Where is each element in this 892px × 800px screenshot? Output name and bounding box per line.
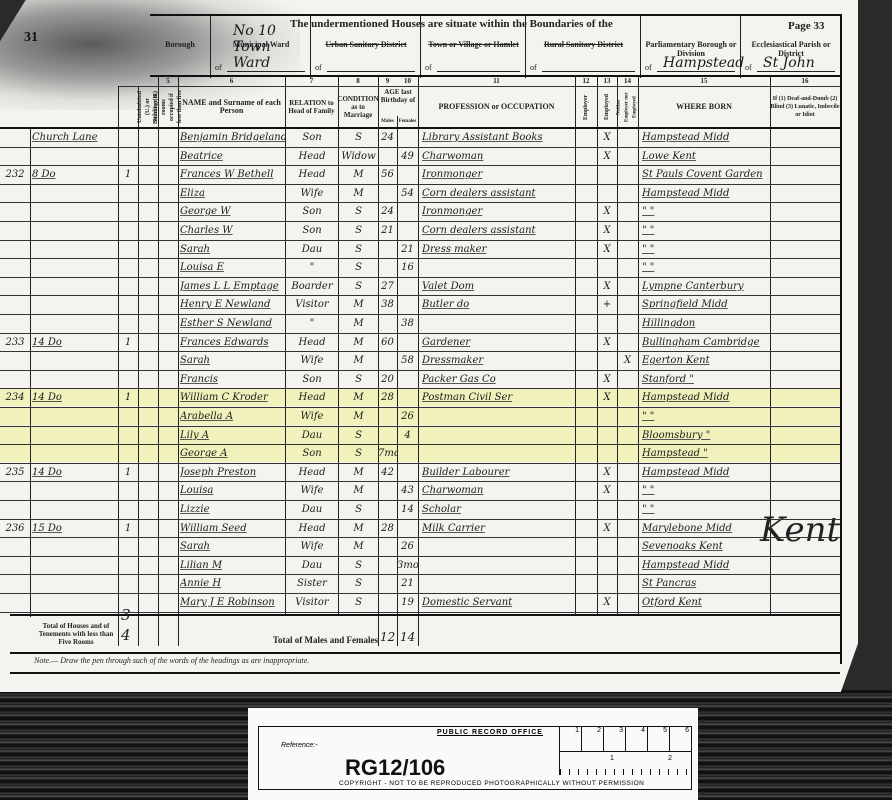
cell-relation: Wife (286, 408, 338, 425)
cell-female: 54 (397, 185, 418, 202)
cell-street (32, 594, 118, 611)
cell-schedule (0, 148, 30, 165)
cell-condition: M (339, 538, 378, 555)
cell-employer (575, 166, 597, 183)
cell-schedule: 233 (0, 334, 30, 351)
cell-infirmity (772, 575, 838, 592)
cell-neither (617, 501, 638, 518)
cell-male (378, 259, 397, 276)
total-houses-inhabited: 3 (121, 606, 131, 624)
cell-infirmity (772, 594, 838, 611)
cell-schedule (0, 408, 30, 425)
ecclesiastical-parish-value: St John (757, 55, 835, 72)
cell-female: 19 (397, 594, 418, 611)
cell-female: 49 (397, 148, 418, 165)
cell-infirmity (772, 203, 838, 220)
cell-condition: M (339, 408, 378, 425)
cell-where-born: Otford Kent (642, 594, 770, 611)
cell-infirmity (772, 445, 838, 462)
cell-relation: Wife (286, 185, 338, 202)
cell-employed (597, 315, 617, 332)
cell-female (397, 445, 418, 462)
cell-female (397, 296, 418, 313)
table-row: SarahDauS21Dress makerX" " (0, 240, 840, 258)
cell-condition: M (339, 389, 378, 406)
table-row: LouisaWifeM43CharwomanX" " (0, 481, 840, 499)
cell-condition: S (339, 203, 378, 220)
cell-inhabited (118, 241, 138, 258)
cell-street (32, 352, 118, 369)
cell-rooms (158, 185, 178, 202)
cell-name: Eliza (180, 185, 285, 202)
cell-male (378, 148, 397, 165)
cell-inhabited (118, 278, 138, 295)
cell-schedule (0, 129, 30, 146)
cell-occupation (422, 538, 575, 555)
cell-female (397, 166, 418, 183)
cell-male: 38 (378, 296, 397, 313)
cell-female: 26 (397, 538, 418, 555)
cell-street (32, 278, 118, 295)
cell-inhabited (118, 185, 138, 202)
cell-relation: Dau (286, 241, 338, 258)
cell-schedule (0, 352, 30, 369)
col-where-born: WHERE BORN (638, 88, 770, 126)
cell-occupation (422, 427, 575, 444)
cell-infirmity (772, 408, 838, 425)
copyright-notice: COPYRIGHT - NOT TO BE REPRODUCED PHOTOGR… (339, 780, 644, 787)
cell-name: Esther S Newland (180, 315, 285, 332)
cell-where-born: Hampstead Midd (642, 464, 770, 481)
cell-neither (617, 203, 638, 220)
cell-employer (575, 408, 597, 425)
cell-relation: Son (286, 445, 338, 462)
header-rural-sanitary: Rural Sanitary District of (525, 14, 641, 78)
cell-employer (575, 575, 597, 592)
cell-inhabited (118, 557, 138, 574)
cell-occupation: Gardener (422, 334, 575, 351)
cell-condition: S (339, 594, 378, 611)
cell-street (32, 427, 118, 444)
cell-relation: Head (286, 389, 338, 406)
cell-occupation: Milk Carrier (422, 520, 575, 537)
cell-relation: " (286, 259, 338, 276)
cell-neither (617, 334, 638, 351)
column-number-rule (118, 86, 840, 87)
cell-employed (597, 538, 617, 555)
cell-employer (575, 427, 597, 444)
cell-relation: Boarder (286, 278, 338, 295)
table-row: SarahWifeM26Sevenoaks Kent (0, 537, 840, 555)
cell-male (378, 185, 397, 202)
cell-name: Francis (180, 371, 285, 388)
table-row: Lily ADauS4Bloomsbury " (0, 426, 840, 444)
cell-infirmity (772, 185, 838, 202)
cell-condition: S (339, 575, 378, 592)
cell-rooms (158, 594, 178, 611)
cell-name: Frances Edwards (180, 334, 285, 351)
cell-inhabited (118, 315, 138, 332)
cell-employer (575, 352, 597, 369)
cell-rooms (158, 203, 178, 220)
cell-employed: X (597, 278, 617, 295)
cell-where-born: Marylebone Midd (642, 520, 770, 537)
cell-occupation: Domestic Servant (422, 594, 575, 611)
cell-where-born: Sevenoaks Kent (642, 538, 770, 555)
cell-neither (617, 389, 638, 406)
cell-schedule (0, 575, 30, 592)
cell-street (32, 203, 118, 220)
cell-where-born: Stanford " (642, 371, 770, 388)
cell-female: 43 (397, 482, 418, 499)
cell-inhabited (118, 501, 138, 518)
cell-neither (617, 482, 638, 499)
cell-name: Lilian M (180, 557, 285, 574)
cell-schedule (0, 557, 30, 574)
cell-inhabited (118, 203, 138, 220)
cell-name: William Seed (180, 520, 285, 537)
total-houses-label: Total of Houses and of Tenements with le… (34, 622, 118, 646)
col-name: NAME and Surname of each Person (178, 88, 285, 126)
header-ecclesiastical-parish: Ecclesiastical Parish or District of St … (740, 14, 841, 78)
cell-inhabited: 1 (118, 464, 138, 481)
cell-rooms (158, 296, 178, 313)
cell-street (32, 241, 118, 258)
cell-employed: X (597, 520, 617, 537)
cell-neither (617, 222, 638, 239)
cell-employer (575, 501, 597, 518)
cell-condition: S (339, 259, 378, 276)
cell-inhabited (118, 259, 138, 276)
col-occupation: PROFESSION or OCCUPATION (418, 88, 575, 126)
cell-employed: X (597, 222, 617, 239)
reference-caption: Reference:- (281, 742, 318, 749)
cell-employer (575, 222, 597, 239)
cell-employer (575, 315, 597, 332)
cell-employed (597, 427, 617, 444)
table-row: Annie HSisterS21St Pancras (0, 574, 840, 592)
cell-where-born: " " (642, 222, 770, 239)
cell-employed: X (597, 594, 617, 611)
cell-infirmity (772, 482, 838, 499)
cell-condition: S (339, 371, 378, 388)
cell-street: 14 Do (32, 464, 118, 481)
cell-male: 24 (378, 203, 397, 220)
cell-condition: M (339, 185, 378, 202)
cell-employer (575, 185, 597, 202)
sheet-number: 31 (24, 30, 38, 46)
cell-neither (617, 594, 638, 611)
cell-condition: M (339, 352, 378, 369)
cell-inhabited: 1 (118, 166, 138, 183)
cell-neither (617, 445, 638, 462)
cell-street (32, 296, 118, 313)
table-row: Arabella AWifeM26" " (0, 407, 840, 425)
cell-rooms (158, 557, 178, 574)
cell-condition: S (339, 445, 378, 462)
cell-occupation: Builder Labourer (422, 464, 575, 481)
cell-employed (597, 166, 617, 183)
cell-street (32, 315, 118, 332)
cell-employed: X (597, 482, 617, 499)
cell-condition: M (339, 464, 378, 481)
cell-inhabited (118, 296, 138, 313)
cell-where-born: Hampstead " (642, 445, 770, 462)
cell-rooms (158, 166, 178, 183)
cell-employed (597, 557, 617, 574)
cell-relation: Wife (286, 482, 338, 499)
cell-rooms (158, 501, 178, 518)
cell-name: Sarah (180, 241, 285, 258)
cell-street: 15 Do (32, 520, 118, 537)
col-age-female: Females (397, 118, 418, 126)
cell-neither (617, 259, 638, 276)
cell-neither (617, 166, 638, 183)
cell-infirmity (772, 464, 838, 481)
cell-name: George W (180, 203, 285, 220)
cell-employer (575, 148, 597, 165)
cell-schedule (0, 501, 30, 518)
cell-male (378, 538, 397, 555)
cell-relation: " (286, 315, 338, 332)
cell-occupation: Valet Dom (422, 278, 575, 295)
cell-street (32, 501, 118, 518)
cell-male: 20 (378, 371, 397, 388)
cell-where-born: " " (642, 482, 770, 499)
cell-relation: Son (286, 203, 338, 220)
col-infirmity: If (1) Deaf-and-Dumb (2) Blind (3) Lunat… (770, 88, 840, 126)
cell-employer (575, 594, 597, 611)
cell-where-born: " " (642, 408, 770, 425)
cell-relation: Head (286, 166, 338, 183)
cell-female: 58 (397, 352, 418, 369)
col-neither: Neither Employer nor Employed (617, 88, 638, 126)
cell-infirmity (772, 371, 838, 388)
header-parliamentary-borough: Parliamentary Borough or Division of Ham… (640, 14, 741, 78)
cell-rooms (158, 389, 178, 406)
cell-male (378, 482, 397, 499)
table-row: 2328 Do1Frances W BethellHeadM56Ironmong… (0, 165, 840, 183)
cell-rooms (158, 148, 178, 165)
cell-rooms (158, 408, 178, 425)
cell-schedule (0, 427, 30, 444)
cell-street (32, 148, 118, 165)
cell-male: 27 (378, 278, 397, 295)
cell-employed: X (597, 241, 617, 258)
cell-neither (617, 371, 638, 388)
cell-employer (575, 203, 597, 220)
header-town-village: Town or Village or Hamlet of (420, 14, 526, 78)
cell-neither (617, 520, 638, 537)
cell-street (32, 538, 118, 555)
cell-neither (617, 557, 638, 574)
cell-schedule (0, 315, 30, 332)
cell-street (32, 371, 118, 388)
cell-male (378, 594, 397, 611)
cell-schedule (0, 594, 30, 611)
cell-street: Church Lane (32, 129, 118, 146)
cell-condition: S (339, 427, 378, 444)
table-row: SarahWifeM58DressmakerXEgerton Kent (0, 351, 840, 369)
cell-employer (575, 482, 597, 499)
cell-infirmity (772, 352, 838, 369)
cell-occupation: Corn dealers assistant (422, 222, 575, 239)
margin-annotation: Kent (760, 510, 840, 550)
cell-rooms (158, 445, 178, 462)
cell-relation: Dau (286, 557, 338, 574)
cell-street (32, 222, 118, 239)
cell-employed (597, 259, 617, 276)
cell-where-born: Lowe Kent (642, 148, 770, 165)
cell-occupation: Corn dealers assistant (422, 185, 575, 202)
total-persons-label: Total of Males and Females (250, 636, 378, 644)
cell-name: Henry E Newland (180, 296, 285, 313)
table-row: Church LaneBenjamin BridgelandSonS24Libr… (0, 128, 840, 146)
col-condition: CONDITION as to Marriage (338, 88, 378, 126)
cell-schedule: 234 (0, 389, 30, 406)
cell-occupation: Dressmaker (422, 352, 575, 369)
cell-male (378, 575, 397, 592)
cell-inhabited (118, 538, 138, 555)
cell-employed (597, 445, 617, 462)
cell-neither: X (617, 352, 638, 369)
cell-schedule: 235 (0, 464, 30, 481)
cell-inhabited (118, 445, 138, 462)
cell-name: Lily A (180, 427, 285, 444)
cell-condition: M (339, 520, 378, 537)
table-row: 23514 Do1Joseph PrestonHeadM42Builder La… (0, 463, 840, 481)
cell-occupation (422, 445, 575, 462)
cell-schedule (0, 445, 30, 462)
cell-name: Annie H (180, 575, 285, 592)
cell-employed: X (597, 371, 617, 388)
cell-male: 21 (378, 222, 397, 239)
footer-note: Note.— Draw the pen through such of the … (34, 656, 309, 665)
cell-employed: + (597, 296, 617, 313)
cell-name: Arabella A (180, 408, 285, 425)
cell-neither (617, 185, 638, 202)
cell-schedule (0, 241, 30, 258)
cell-relation: Head (286, 520, 338, 537)
cell-rooms (158, 538, 178, 555)
cell-female: 3mo (397, 557, 418, 574)
cell-occupation (422, 557, 575, 574)
cell-where-born: Lympne Canterbury (642, 278, 770, 295)
cell-inhabited (118, 482, 138, 499)
cell-rooms (158, 315, 178, 332)
cell-female (397, 203, 418, 220)
cell-name: Charles W (180, 222, 285, 239)
cell-male (378, 557, 397, 574)
table-row: ElizaWifeM54Corn dealers assistantHampst… (0, 184, 840, 202)
cell-male (378, 427, 397, 444)
cell-occupation: Packer Gas Co (422, 371, 575, 388)
parliamentary-borough-value: Hampstead (657, 55, 735, 72)
cell-inhabited (118, 371, 138, 388)
cell-male: 42 (378, 464, 397, 481)
table-row: Henry E NewlandVisitorM38Butler do+Sprin… (0, 295, 840, 313)
table-row: Esther S Newland"M38Hillingdon (0, 314, 840, 332)
cell-where-born: Hampstead Midd (642, 129, 770, 146)
cell-where-born: St Pauls Covent Garden (642, 166, 770, 183)
cell-relation: Head (286, 334, 338, 351)
cell-employer (575, 445, 597, 462)
cell-where-born: Egerton Kent (642, 352, 770, 369)
cell-where-born: Bullingham Cambridge (642, 334, 770, 351)
col-relation: RELATION to Head of Family (285, 88, 338, 126)
cell-inhabited (118, 222, 138, 239)
cell-female (397, 371, 418, 388)
cell-employed (597, 185, 617, 202)
cell-street (32, 575, 118, 592)
cell-neither (617, 148, 638, 165)
cell-name: George A (180, 445, 285, 462)
cell-male (378, 408, 397, 425)
cell-neither (617, 296, 638, 313)
cell-infirmity (772, 259, 838, 276)
cell-inhabited: 1 (118, 389, 138, 406)
cell-condition: S (339, 241, 378, 258)
cell-where-born: " " (642, 259, 770, 276)
cell-neither (617, 315, 638, 332)
cell-rooms (158, 259, 178, 276)
cell-condition: Widow (339, 148, 378, 165)
cell-where-born: Hillingdon (642, 315, 770, 332)
cell-male: 28 (378, 389, 397, 406)
cell-schedule (0, 259, 30, 276)
cell-inhabited (118, 408, 138, 425)
cell-where-born: Hampstead Midd (642, 389, 770, 406)
cell-employer (575, 464, 597, 481)
cell-male (378, 241, 397, 258)
col-rooms: Number of rooms occupied if less than fi… (158, 88, 178, 126)
municipal-ward-value: No 10 Town Ward (227, 23, 305, 72)
cell-neither (617, 278, 638, 295)
cell-name: Sarah (180, 538, 285, 555)
cell-employed: X (597, 203, 617, 220)
cell-female (397, 129, 418, 146)
cell-name: Lizzie (180, 501, 285, 518)
cell-occupation: Butler do (422, 296, 575, 313)
cell-inhabited (118, 129, 138, 146)
record-office-title: PUBLIC RECORD OFFICE (437, 729, 543, 736)
cell-infirmity (772, 296, 838, 313)
cell-infirmity (772, 278, 838, 295)
cell-schedule (0, 482, 30, 499)
cell-inhabited (118, 427, 138, 444)
table-row: 23414 Do1William C KroderHeadM28Postman … (0, 388, 840, 406)
cell-relation: Son (286, 129, 338, 146)
cell-female: 21 (397, 241, 418, 258)
cell-neither (617, 427, 638, 444)
cell-occupation: Ironmonger (422, 166, 575, 183)
table-row: FrancisSonS20Packer Gas CoXStanford " (0, 370, 840, 388)
cell-employer (575, 259, 597, 276)
cell-infirmity (772, 166, 838, 183)
header-urban-sanitary: Urban Sanitary District of (310, 14, 421, 78)
cell-where-born: Hampstead Midd (642, 185, 770, 202)
cell-employed: X (597, 389, 617, 406)
cell-name: Mary J E Robinson (180, 594, 285, 611)
cell-name: Joseph Preston (180, 464, 285, 481)
cell-employer (575, 371, 597, 388)
col-age-male: Males (378, 118, 397, 126)
cell-schedule (0, 278, 30, 295)
cell-street (32, 185, 118, 202)
cell-female (397, 520, 418, 537)
cell-schedule (0, 371, 30, 388)
cell-name: Frances W Bethell (180, 166, 285, 183)
